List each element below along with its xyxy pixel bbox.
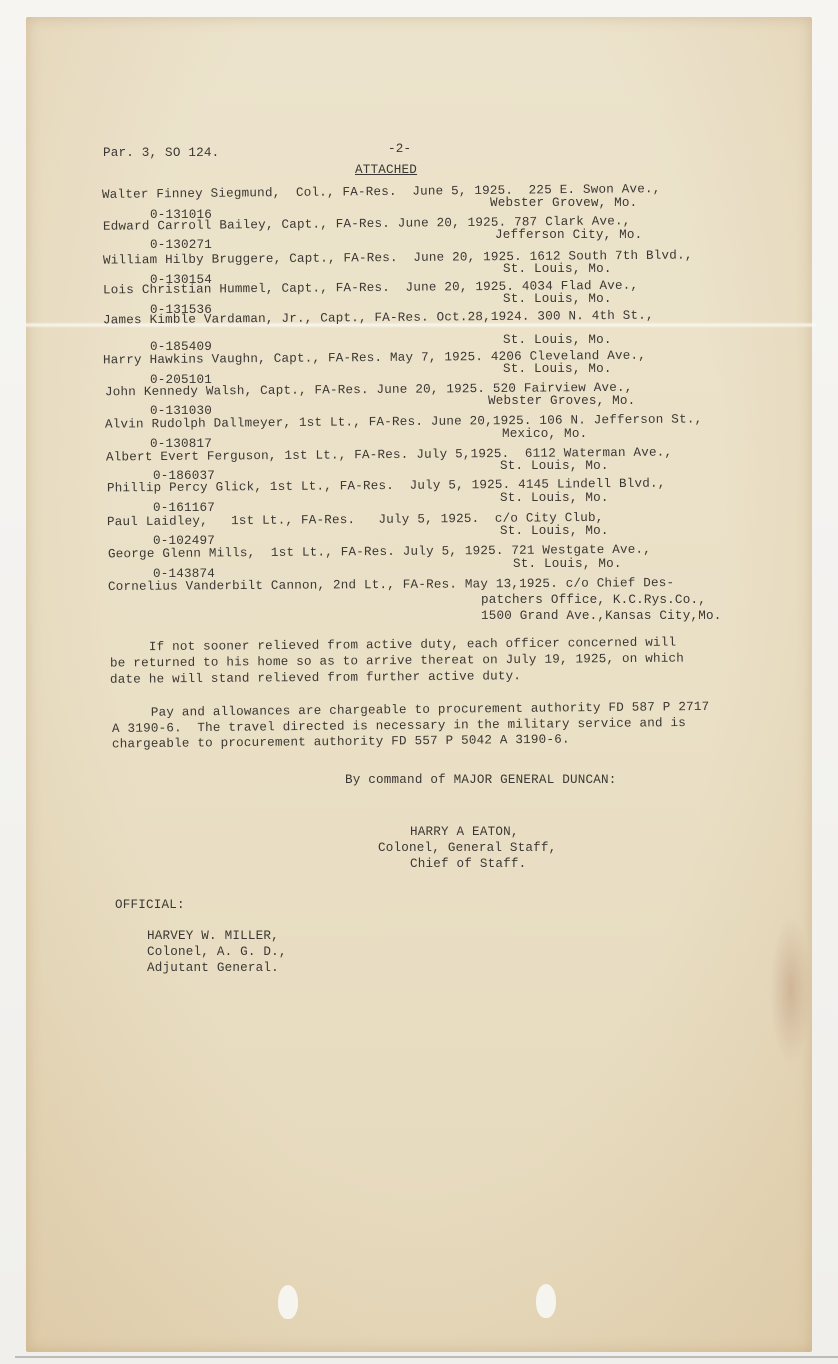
section-heading: ATTACHED <box>355 163 417 178</box>
paragraph-line: chargeable to procurement authority FD 5… <box>112 732 570 753</box>
officer-address: patchers Office, K.C.Rys.Co., <box>481 593 706 608</box>
officer-address: St. Louis, Mo. <box>500 459 609 474</box>
signatory-name: HARRY A EATON, <box>410 824 519 840</box>
officer-address: St. Louis, Mo. <box>513 557 622 572</box>
command-line: By command of MAJOR GENERAL DUNCAN: <box>345 772 617 788</box>
officer-address: St. Louis, Mo. <box>500 524 609 539</box>
officer-address: St. Louis, Mo. <box>503 333 612 348</box>
official-rank: Colonel, A. G. D., <box>147 944 287 960</box>
officer-address: St. Louis, Mo. <box>500 491 609 506</box>
official-title: Adjutant General. <box>147 960 279 976</box>
officer-address: St. Louis, Mo. <box>503 292 612 307</box>
officer-address: Webster Grovew, Mo. <box>490 196 637 211</box>
order-reference: Par. 3, SO 124. <box>103 146 219 161</box>
page-number: -2- <box>388 142 411 157</box>
official-label: OFFICIAL: <box>115 897 185 913</box>
officer-address: Jefferson City, Mo. <box>495 228 642 243</box>
officer-address: St. Louis, Mo. <box>503 362 612 377</box>
officer-address: Webster Groves, Mo. <box>488 394 635 409</box>
paragraph-line: date he will stand relieved from further… <box>110 668 521 688</box>
officer-serial: 0-130271 <box>150 238 212 253</box>
signatory-rank: Colonel, General Staff, <box>378 840 556 856</box>
officer-address: Mexico, Mo. <box>502 427 587 442</box>
typewritten-document: Par. 3, SO 124. -2- ATTACHED Walter Finn… <box>0 0 838 1364</box>
officer-address: 1500 Grand Ave.,Kansas City,Mo. <box>481 609 721 624</box>
officer-address: St. Louis, Mo. <box>503 262 612 277</box>
signatory-title: Chief of Staff. <box>410 856 526 872</box>
official-name: HARVEY W. MILLER, <box>147 928 279 944</box>
